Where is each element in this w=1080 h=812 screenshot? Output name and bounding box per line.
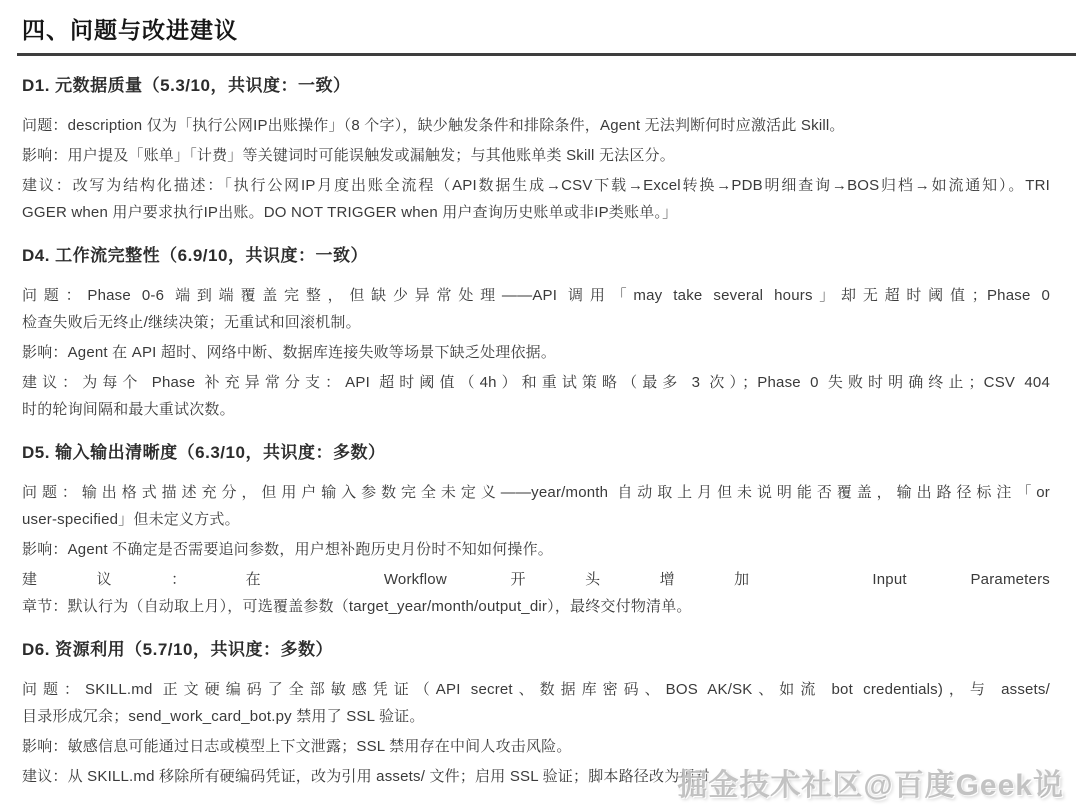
text-line: 问题：输出格式描述充分，但用户输入参数完全未定义——year/month 自动取… xyxy=(22,479,1050,506)
paragraph: 问题：SKILL.md 正文硬编码了全部敏感凭证（API secret、数据库密… xyxy=(22,676,1050,730)
text-line: user-specified」但未定义方式。 xyxy=(22,506,1050,533)
section-heading: D4. 工作流完整性（6.9/10，共识度：一致） xyxy=(22,242,1050,269)
paragraph: 影响：Agent 不确定是否需要追问参数，用户想补跑历史月份时不知如何操作。 xyxy=(22,536,1050,563)
sections-container: D1. 元数据质量（5.3/10，共识度：一致） 问题：description … xyxy=(22,72,1050,790)
paragraph: 问题：Phase 0-6 端到端覆盖完整，但缺少异常处理——API 调用「may… xyxy=(22,282,1050,336)
text-line: 问题：SKILL.md 正文硬编码了全部敏感凭证（API secret、数据库密… xyxy=(22,676,1050,703)
issue-section: D5. 输入输出清晰度（6.3/10，共识度：多数） 问题：输出格式描述充分，但… xyxy=(22,439,1050,620)
text-line: 章节：默认行为（自动取上月），可选覆盖参数（target_year/month/… xyxy=(22,593,1050,620)
text-line: 影响：Agent 不确定是否需要追问参数，用户想补跑历史月份时不知如何操作。 xyxy=(22,536,1050,563)
page-title: 四、问题与改进建议 xyxy=(22,15,1050,45)
paragraph: 影响：用户提及「账单」「计费」等关键词时可能误触发或漏触发；与其他账单类 Ski… xyxy=(22,142,1050,169)
text-line: 影响：Agent 在 API 超时、网络中断、数据库连接失败等场景下缺乏处理依据… xyxy=(22,339,1050,366)
paragraph: 问题：description 仅为「执行公网IP出账操作」（8 个字），缺少触发… xyxy=(22,112,1050,139)
paragraph: 影响：Agent 在 API 超时、网络中断、数据库连接失败等场景下缺乏处理依据… xyxy=(22,339,1050,366)
section-heading: D5. 输入输出清晰度（6.3/10，共识度：多数） xyxy=(22,439,1050,466)
issue-section: D1. 元数据质量（5.3/10，共识度：一致） 问题：description … xyxy=(22,72,1050,226)
paragraph: 建议：为每个 Phase 补充异常分支：API 超时阈值（4h）和重试策略（最多… xyxy=(22,369,1050,423)
text-line: 影响：敏感信息可能通过日志或模型上下文泄露；SSL 禁用存在中间人攻击风险。 xyxy=(22,733,1050,760)
text-line: 建议：在 Workflow 开头增加 Input Parameters xyxy=(22,566,1050,593)
paragraph: 影响：敏感信息可能通过日志或模型上下文泄露；SSL 禁用存在中间人攻击风险。 xyxy=(22,733,1050,760)
section-heading: D6. 资源利用（5.7/10，共识度：多数） xyxy=(22,636,1050,663)
text-line: 问题：description 仅为「执行公网IP出账操作」（8 个字），缺少触发… xyxy=(22,112,1050,139)
title-divider xyxy=(17,53,1076,56)
text-line: 建议：为每个 Phase 补充异常分支：API 超时阈值（4h）和重试策略（最多… xyxy=(22,369,1050,396)
section-heading: D1. 元数据质量（5.3/10，共识度：一致） xyxy=(22,72,1050,99)
watermark: 掘金技术社区@百度Geek说 xyxy=(677,760,1064,804)
document-page: 四、问题与改进建议 D1. 元数据质量（5.3/10，共识度：一致） 问题：de… xyxy=(0,0,1080,790)
text-line: 建议：改写为结构化描述：「执行公网IP月度出账全流程（API数据生成→CSV下载… xyxy=(22,172,1050,199)
text-line: 检查失败后无终止/继续决策；无重试和回滚机制。 xyxy=(22,309,1050,336)
text-line: GGER when 用户要求执行IP出账。DO NOT TRIGGER when… xyxy=(22,199,1050,226)
text-line: 目录形成冗余；send_work_card_bot.py 禁用了 SSL 验证。 xyxy=(22,703,1050,730)
issue-section: D4. 工作流完整性（6.9/10，共识度：一致） 问题：Phase 0-6 端… xyxy=(22,242,1050,423)
paragraph: 问题：输出格式描述充分，但用户输入参数完全未定义——year/month 自动取… xyxy=(22,479,1050,533)
paragraph: 建议：改写为结构化描述：「执行公网IP月度出账全流程（API数据生成→CSV下载… xyxy=(22,172,1050,226)
text-line: 影响：用户提及「账单」「计费」等关键词时可能误触发或漏触发；与其他账单类 Ski… xyxy=(22,142,1050,169)
paragraph: 建议：在 Workflow 开头增加 Input Parameters章节：默认… xyxy=(22,566,1050,620)
text-line: 问题：Phase 0-6 端到端覆盖完整，但缺少异常处理——API 调用「may… xyxy=(22,282,1050,309)
text-line: 时的轮询间隔和最大重试次数。 xyxy=(22,396,1050,423)
